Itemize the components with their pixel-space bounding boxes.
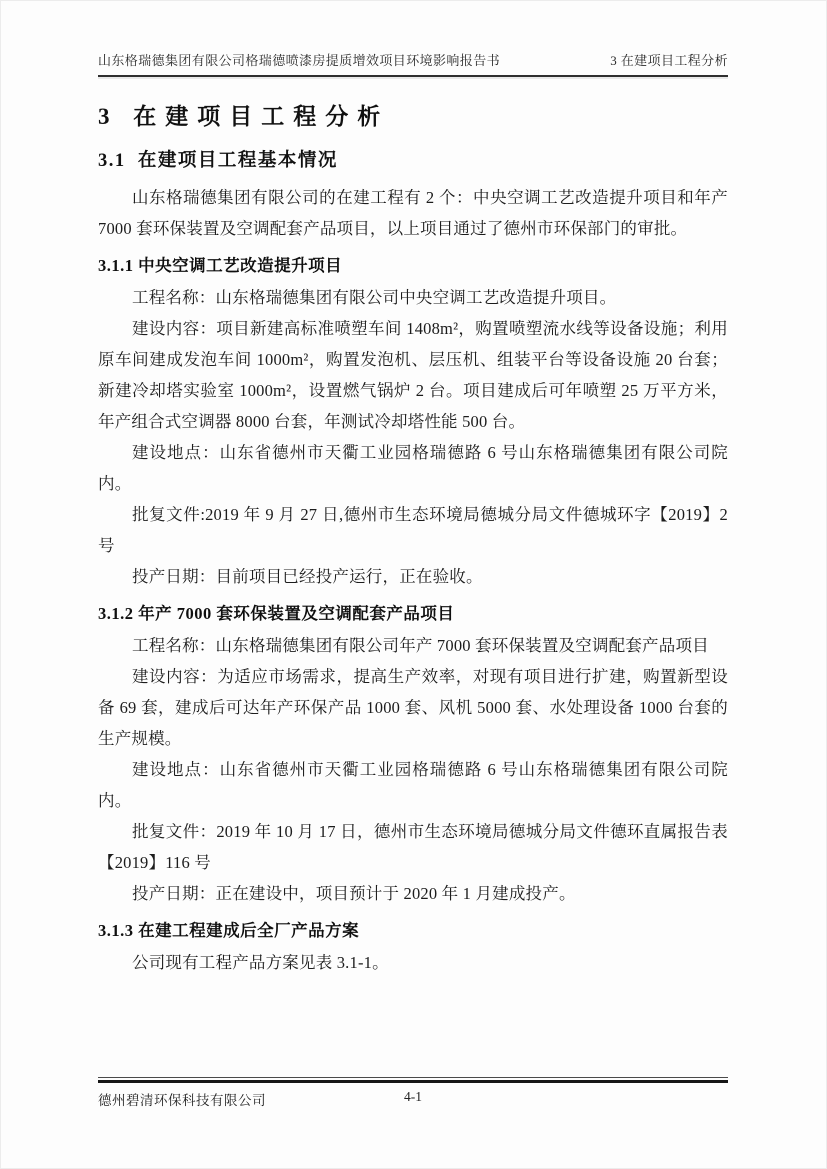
paragraph-project2-location: 建设地点：山东省德州市天衢工业园格瑞德路 6 号山东格瑞德集团有限公司院内。 — [98, 754, 728, 816]
paragraph-project2-approval: 批复文件：2019 年 10 月 17 日，德州市生态环境局德城分局文件德环直属… — [98, 816, 728, 878]
page-header: 山东格瑞德集团有限公司格瑞德喷漆房提质增效项目环境影响报告书 3 在建项目工程分… — [98, 50, 728, 75]
paragraph-product-plan-ref: 公司现有工程产品方案见表 3.1-1。 — [98, 947, 728, 978]
paragraph-project1-content: 建设内容：项目新建高标准喷塑车间 1408m²，购置喷塑流水线等设备设施；利用原… — [98, 313, 728, 437]
header-left-title: 山东格瑞德集团有限公司格瑞德喷漆房提质增效项目环境影响报告书 — [98, 50, 500, 69]
chapter-title: 3 在建项目工程分析 — [98, 98, 728, 131]
paragraph-project2-name: 工程名称：山东格瑞德集团有限公司年产 7000 套环保装置及空调配套产品项目 — [98, 630, 728, 661]
footer-company-name: 德州碧清环保科技有限公司 — [98, 1093, 266, 1108]
paragraph-project1-approval: 批复文件:2019 年 9 月 27 日,德州市生态环境局德城分局文件德城环字【… — [98, 499, 728, 561]
header-rule — [98, 75, 728, 77]
paragraph-project1-production-date: 投产日期：目前项目已经投产运行，正在验收。 — [98, 561, 728, 592]
document-page: 山东格瑞德集团有限公司格瑞德喷漆房提质增效项目环境影响报告书 3 在建项目工程分… — [0, 0, 827, 1169]
footer-rule-thick — [98, 1080, 728, 1083]
page-footer: 德州碧清环保科技有限公司 4-1 — [98, 1077, 728, 1109]
paragraph-project2-production-date: 投产日期：正在建设中，项目预计于 2020 年 1 月建成投产。 — [98, 878, 728, 909]
paragraph-project1-name: 工程名称：山东格瑞德集团有限公司中央空调工艺改造提升项目。 — [98, 282, 728, 313]
section-heading-3-1-3: 3.1.3 在建工程建成后全厂产品方案 — [98, 916, 728, 946]
paragraph-project1-location: 建设地点：山东省德州市天衢工业园格瑞德路 6 号山东格瑞德集团有限公司院内。 — [98, 437, 728, 499]
footer-page-number: 4-1 — [404, 1089, 422, 1105]
paragraph-project2-content: 建设内容：为适应市场需求，提高生产效率，对现有项目进行扩建，购置新型设备 69 … — [98, 661, 728, 754]
section-heading-3-1-2: 3.1.2 年产 7000 套环保装置及空调配套产品项目 — [98, 599, 728, 629]
footer-row: 德州碧清环保科技有限公司 4-1 — [98, 1089, 728, 1109]
header-right-chapter: 3 在建项目工程分析 — [610, 50, 728, 69]
paragraph-intro: 山东格瑞德集团有限公司的在建工程有 2 个：中央空调工艺改造提升项目和年产 70… — [98, 182, 728, 244]
section-heading-3-1: 3.1 在建项目工程基本情况 — [98, 146, 728, 172]
section-heading-3-1-1: 3.1.1 中央空调工艺改造提升项目 — [98, 251, 728, 281]
